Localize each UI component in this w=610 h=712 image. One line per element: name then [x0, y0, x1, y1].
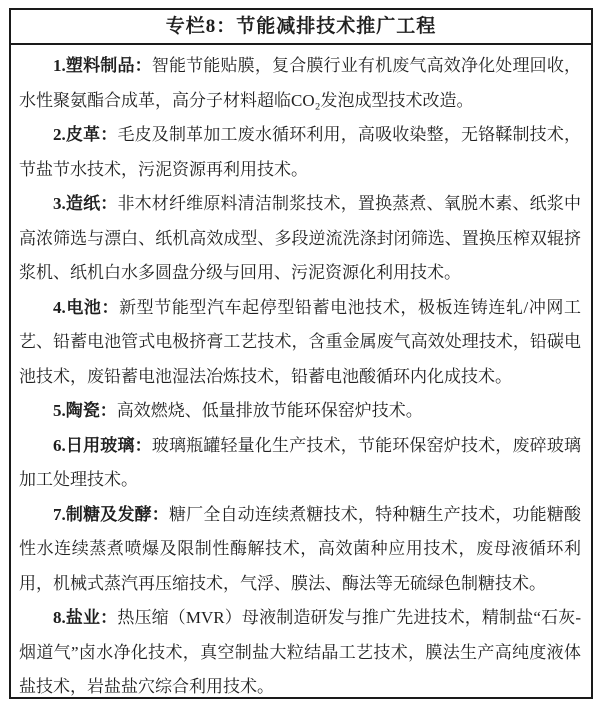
item-text: 高效燃烧、低量排放节能环保窑炉技术。: [117, 401, 423, 420]
list-item: 6.日用玻璃：玻璃瓶罐轻量化生产技术，节能环保窑炉技术，废碎玻璃加工处理技术。: [19, 429, 581, 498]
list-item: 8.盐业：热压缩（MVR）母液制造研发与推广先进技术，精制盐“石灰-烟道气”卤水…: [19, 601, 581, 705]
item-label: 3.造纸：: [53, 194, 117, 213]
document-page: 专栏8：节能减排技术推广工程 1.塑料制品：智能节能贴膜，复合膜行业有机废气高效…: [0, 0, 610, 712]
list-item: 3.造纸：非木材纤维原料清洁制浆技术，置换蒸煮、氧脱木素、纸浆中高浓筛选与漂白、…: [19, 187, 581, 291]
item-label: 6.日用玻璃：: [53, 436, 152, 455]
item-label: 8.盐业：: [53, 608, 117, 627]
box-title: 专栏8：节能减排技术推广工程: [11, 10, 591, 45]
list-item: 5.陶瓷：高效燃烧、低量排放节能环保窑炉技术。: [19, 394, 581, 429]
list-item: 7.制糖及发酵：糖厂全自动连续煮糖技术，特种糖生产技术，功能糖酸性水连续蒸煮喷爆…: [19, 498, 581, 602]
item-label: 5.陶瓷：: [53, 401, 117, 420]
column-box: 专栏8：节能减排技术推广工程 1.塑料制品：智能节能贴膜，复合膜行业有机废气高效…: [9, 8, 593, 699]
item-label: 4.电池：: [53, 298, 119, 317]
list-item: 2.皮革：毛皮及制革加工废水循环利用，高吸收染整，无铬鞣制技术，节盐节水技术，污…: [19, 118, 581, 187]
list-item: 4.电池：新型节能型汽车起停型铅蓄电池技术，极板连铸连轧/冲网工艺、铅蓄电池管式…: [19, 291, 581, 395]
item-label: 2.皮革：: [53, 125, 117, 144]
list-item: 1.塑料制品：智能节能贴膜，复合膜行业有机废气高效净化处理回收，水性聚氨酯合成革…: [19, 49, 581, 118]
item-label: 7.制糖及发酵：: [53, 505, 169, 524]
item-label: 1.塑料制品：: [53, 56, 152, 75]
box-body: 1.塑料制品：智能节能贴膜，复合膜行业有机废气高效净化处理回收，水性聚氨酯合成革…: [11, 45, 591, 705]
